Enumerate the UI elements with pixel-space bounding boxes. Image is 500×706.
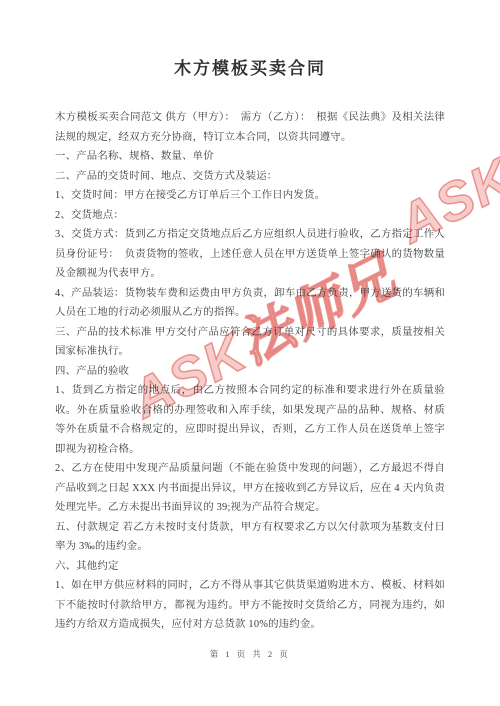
clause-2-item-4: 4、产品装运：货物装车费和运费由甲方负责，卸车由乙方负责，甲方送货的车辆和人员在… xyxy=(55,284,445,323)
clause-2-item-3: 3、交货方式：货到乙方指定交货地点后乙方应组织人员进行验收，乙方指定工作人员身份… xyxy=(55,225,445,284)
clause-5-payment: 五、付款规定 若乙方未按时支付货款，甲方有权要求乙方以欠付款项为基数支付日率为 … xyxy=(55,518,445,557)
clause-4-item-2: 2、乙方在使用中发现产品质量问题（不能在验货中发现的问题），乙方最迟不得自产品收… xyxy=(55,459,445,518)
clause-4-heading: 四、产品的验收 xyxy=(55,362,445,382)
clause-2-heading: 二、产品的交货时间、地点、交货方式及装运： xyxy=(55,167,445,187)
document-title: 木方模板买卖合同 xyxy=(0,54,500,79)
page-number: 第 1 页 共 2 页 xyxy=(0,648,500,660)
clause-6-heading: 六、其他约定 xyxy=(55,557,445,577)
contract-document-page: ASK法师兄 ASK法师兄 木方模板买卖合同 木方模板买卖合同范文 供方（甲方）… xyxy=(0,0,500,706)
intro-paragraph: 木方模板买卖合同范文 供方（甲方）： 需方（乙方）： 根据《民法典》及相关法律法… xyxy=(55,108,445,147)
document-body: 木方模板买卖合同范文 供方（甲方）： 需方（乙方）： 根据《民法典》及相关法律法… xyxy=(0,108,500,635)
clause-1-heading: 一、产品名称、规格、数量、单价 xyxy=(55,147,445,167)
clause-4-item-1: 1、货到乙方指定的地点后，由乙方按照本合同约定的标准和要求进行外在质量验收。外在… xyxy=(55,381,445,459)
clause-2-item-2: 2、交货地点： xyxy=(55,206,445,226)
clause-3-technical-standard: 三、产品的技术标准 甲方交付产品应符合乙方订单对尺寸的具体要求，质量按相关国家标… xyxy=(55,323,445,362)
clause-2-item-1: 1、交货时间：甲方在接受乙方订单后三个工作日内发货。 xyxy=(55,186,445,206)
clause-6-item-1: 1、如在甲方供应材料的同时，乙方不得从事其它供货渠道购进木方、模板、材料如下不能… xyxy=(55,576,445,635)
